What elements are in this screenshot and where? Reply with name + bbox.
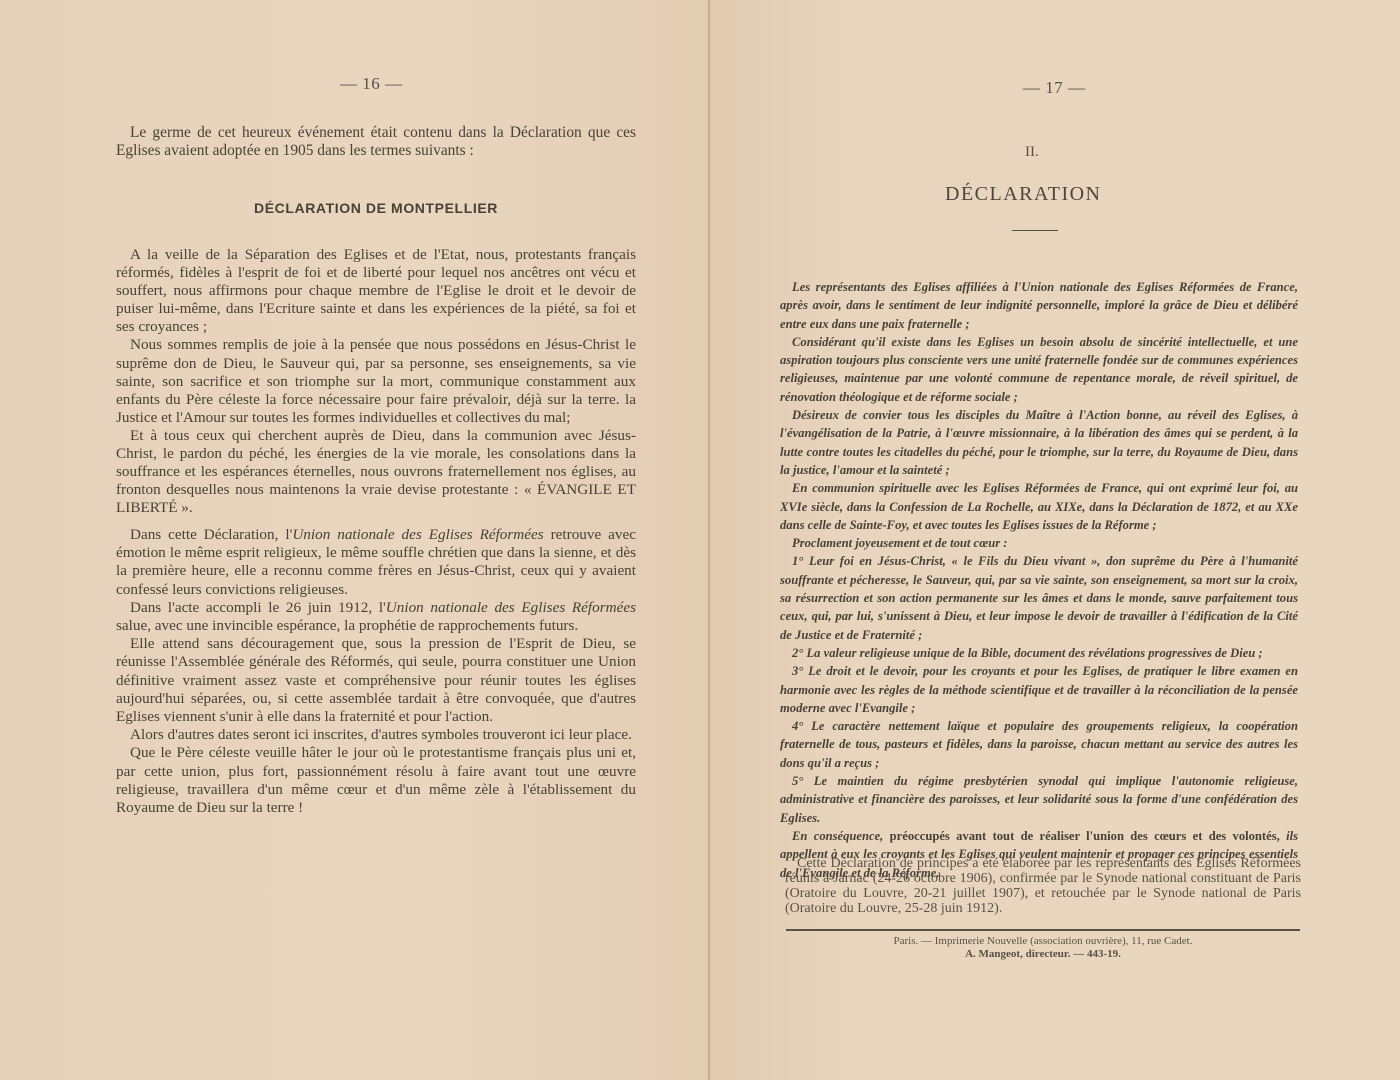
commentary-paragraph: Elle attend sans découragement que, sous… <box>116 635 636 726</box>
divider <box>1012 230 1058 231</box>
provenance-note: Cette Déclaration de principes a été éla… <box>785 856 1301 916</box>
section-heading: DÉCLARATION DE MONTPELLIER <box>116 200 636 216</box>
union-declaration: Les représentants des Eglises affiliées … <box>780 278 1298 882</box>
declaration-paragraph: A la veille de la Séparation des Eglises… <box>116 246 636 336</box>
article-1: 1° Leur foi en Jésus-Christ, « le Fils d… <box>780 552 1298 643</box>
printer-imprint: Paris. — Imprimerie Nouvelle (associatio… <box>786 935 1300 961</box>
section-heading: DÉCLARATION <box>945 183 1102 206</box>
page-number: — 17 — <box>1023 78 1086 98</box>
article-2: 2° La valeur religieuse unique de la Bib… <box>780 644 1298 662</box>
commentary-paragraph: Que le Père céleste veuille hâter le jou… <box>116 744 636 817</box>
montpellier-declaration: A la veille de la Séparation des Eglises… <box>116 246 636 517</box>
intro-paragraph: Le germe de cet heureux événement était … <box>116 124 636 160</box>
page-number: — 16 — <box>340 74 403 94</box>
section-number: II. <box>1025 144 1039 161</box>
commentary-paragraph: Alors d'autres dates seront ici inscrite… <box>116 726 636 744</box>
page-16: — 16 — Le germe de cet heureux événement… <box>0 0 710 1080</box>
divider <box>786 929 1300 931</box>
commentary-paragraph: Dans l'acte accompli le 26 juin 1912, l'… <box>116 599 636 635</box>
declaration-paragraph: Les représentants des Eglises affiliées … <box>780 278 1298 333</box>
book-spread: — 16 — Le germe de cet heureux événement… <box>0 0 1400 1080</box>
declaration-paragraph: Proclament joyeusement et de tout cœur : <box>780 534 1298 552</box>
article-3: 3° Le droit et le devoir, pour les croya… <box>780 662 1298 717</box>
article-5: 5° Le maintien du régime presbytérien sy… <box>780 772 1298 827</box>
declaration-paragraph: Désireux de convier tous les disciples d… <box>780 406 1298 479</box>
declaration-paragraph: Et à tous ceux qui cherchent auprès de D… <box>116 427 636 517</box>
article-4: 4° Le caractère nettement laïque et popu… <box>780 717 1298 772</box>
declaration-paragraph: Nous sommes remplis de joie à la pensée … <box>116 336 636 426</box>
declaration-paragraph: En communion spirituelle avec les Eglise… <box>780 479 1298 534</box>
commentary-paragraph: Dans cette Déclaration, l'Union national… <box>116 526 636 599</box>
declaration-paragraph: Considérant qu'il existe dans les Eglise… <box>780 333 1298 406</box>
commentary: Dans cette Déclaration, l'Union national… <box>116 526 636 817</box>
